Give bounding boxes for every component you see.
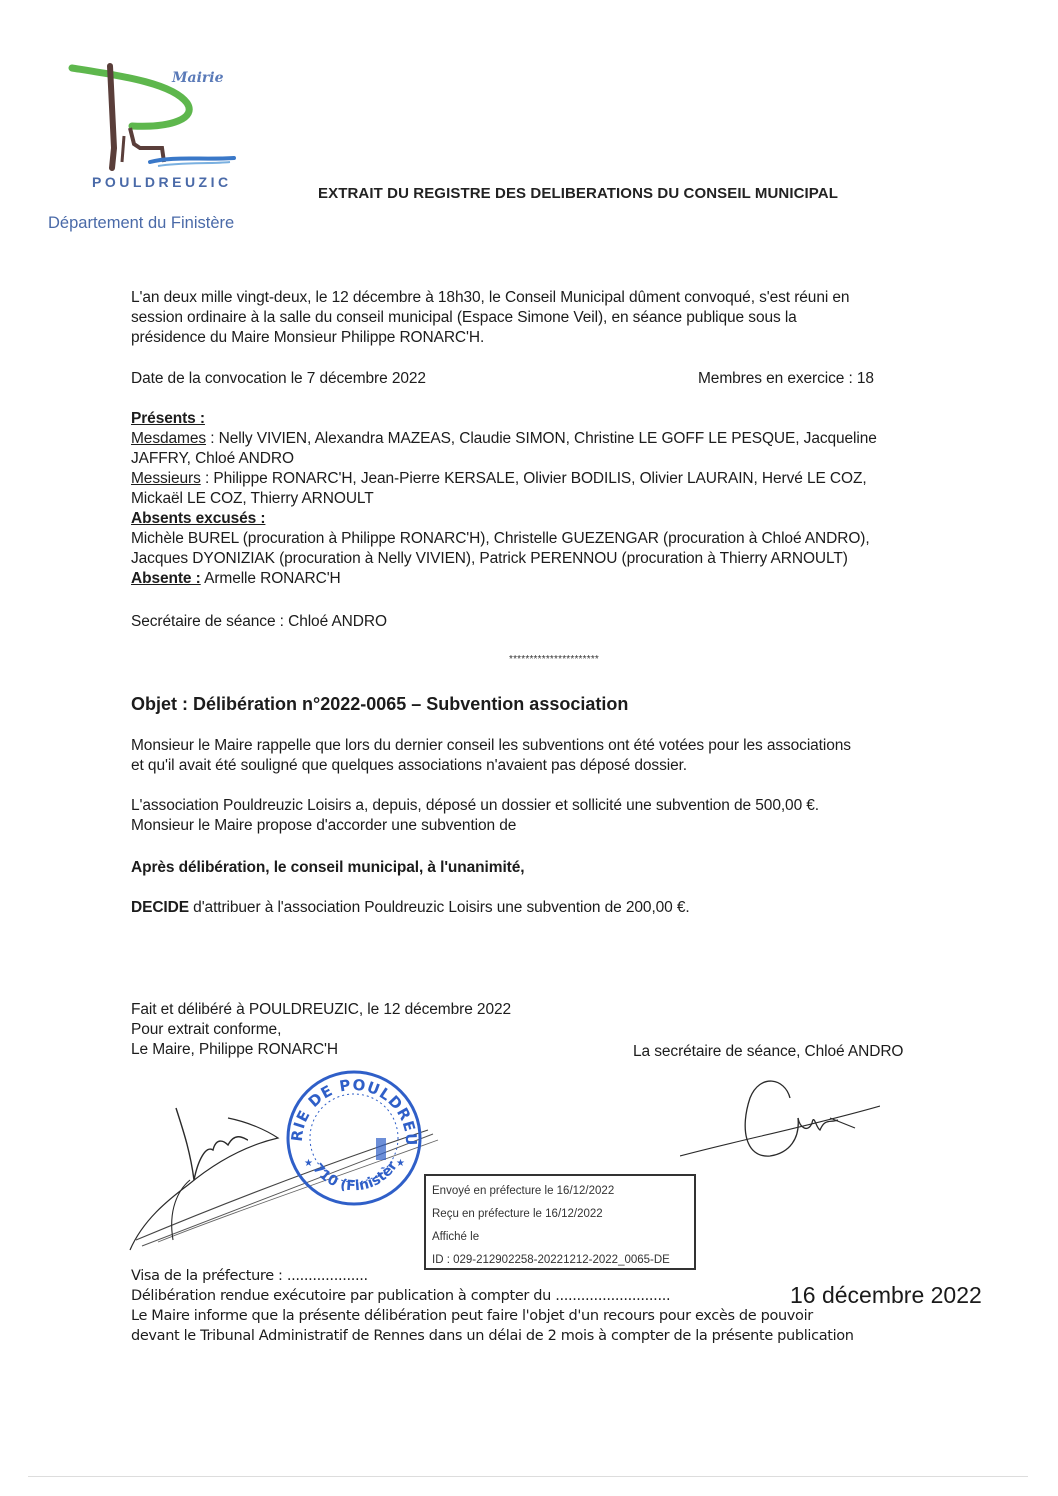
intro-line: session ordinaire à la salle du conseil … (131, 308, 1001, 328)
messieurs-label: Messieurs (131, 470, 201, 487)
logo-mairie-label: Mairie (172, 70, 224, 86)
secretaire-signature (680, 1068, 880, 1173)
visa-prefecture: Visa de la préfecture : ................… (131, 1266, 368, 1287)
absente-line: Absente : Armelle RONARC'H (131, 569, 1001, 589)
intro-paragraph: L'an deux mille vingt-deux, le 12 décemb… (131, 288, 1001, 348)
demande-paragraph: L'association Pouldreuzic Loisirs a, dep… (131, 796, 1001, 836)
decide-label: DECIDE (131, 899, 189, 916)
convocation-date: Date de la convocation le 7 décembre 202… (131, 369, 426, 389)
signature-icon (680, 1068, 880, 1168)
mesdames-names: : Nelly VIVIEN, Alexandra MAZEAS, Claudi… (206, 430, 877, 447)
document-title: EXTRAIT DU REGISTRE DES DELIBERATIONS DU… (318, 185, 838, 202)
acte-id: ID : 029-212902258-20221212-2022_0065-DE (432, 1254, 670, 1266)
absente-label: Absente : (131, 570, 201, 587)
recours-line: devant le Tribunal Administratif de Renn… (131, 1326, 854, 1347)
demande-line: L'association Pouldreuzic Loisirs a, dep… (131, 796, 1001, 816)
svg-text:MAIRIE DE POULDREUZIC: MAIRIE DE POULDREUZIC (284, 1068, 420, 1147)
deliberation-subject: Objet : Délibération n°2022-0065 – Subve… (131, 694, 628, 715)
svg-text:★: ★ (304, 1158, 313, 1169)
secretaire-text: Secrétaire de séance : Chloé ANDRO (131, 613, 387, 630)
envoye-line: Envoyé en préfecture le 16/12/2022 (432, 1185, 614, 1197)
decide-text: d'attribuer à l'association Pouldreuzic … (189, 899, 690, 916)
executoire-date: 16 décembre 2022 (790, 1282, 982, 1309)
secretaire-signature-label: La secrétaire de séance, Chloé ANDRO (633, 1042, 903, 1062)
messieurs-line: Messieurs : Philippe RONARC'H, Jean-Pier… (131, 469, 1001, 489)
membres-en-exercice: Membres en exercice : 18 (698, 369, 874, 389)
apres-deliberation: Après délibération, le conseil municipal… (131, 858, 524, 878)
absents-heading: Absents excusés : (131, 509, 1001, 529)
executoire-line: Délibération rendue exécutoire par publi… (131, 1286, 670, 1307)
rappel-line: et qu'il avait été souligné que quelques… (131, 756, 1001, 776)
secretaire-de-seance: Secrétaire de séance : Chloé ANDRO (131, 612, 387, 632)
fait-line: Fait et délibéré à POULDREUZIC, le 12 dé… (131, 1000, 1001, 1020)
intro-line: présidence du Maire Monsieur Philippe RO… (131, 328, 1001, 348)
mesdames-names-cont: JAFFRY, Chloé ANDRO (131, 449, 1001, 469)
logo-town-name: POULDREUZIC (92, 174, 232, 190)
affiche-line: Affiché le (432, 1231, 479, 1243)
prefecture-stamp: Envoyé en préfecture le 16/12/2022 Reçu … (424, 1174, 696, 1270)
recours-line: Le Maire informe que la présente délibér… (131, 1306, 813, 1327)
rappel-line: Monsieur le Maire rappelle que lors du d… (131, 736, 1001, 756)
mesdames-label: Mesdames (131, 430, 206, 447)
attendance-block: Présents : Mesdames : Nelly VIVIEN, Alex… (131, 409, 1001, 589)
separator-stars: ********************** (509, 654, 599, 665)
mairie-seal: MAIRIE DE POULDREUZIC 29710 (Finistère) … (284, 1068, 424, 1213)
messieurs-names: : Philippe RONARC'H, Jean-Pierre KERSALE… (201, 470, 867, 487)
absents-names: Michèle BUREL (procuration à Philippe RO… (131, 529, 1001, 549)
svg-text:★: ★ (396, 1158, 405, 1169)
presents-heading: Présents : (131, 409, 1001, 429)
mesdames-line: Mesdames : Nelly VIVIEN, Alexandra MAZEA… (131, 429, 1001, 449)
page-bottom-divider (28, 1476, 1028, 1477)
messieurs-names-cont: Mickaël LE COZ, Thierry ARNOULT (131, 489, 1001, 509)
intro-line: L'an deux mille vingt-deux, le 12 décemb… (131, 288, 1001, 308)
extrait-line: Pour extrait conforme, (131, 1020, 1001, 1040)
demande-line: Monsieur le Maire propose d'accorder une… (131, 816, 1001, 836)
absente-name: Armelle RONARC'H (201, 570, 341, 587)
recu-line: Reçu en préfecture le 16/12/2022 (432, 1208, 603, 1220)
rappel-paragraph: Monsieur le Maire rappelle que lors du d… (131, 736, 1001, 776)
logo-department: Département du Finistère (48, 214, 234, 233)
absents-names-cont: Jacques DYONIZIAK (procuration à Nelly V… (131, 549, 1001, 569)
decision-line: DECIDE d'attribuer à l'association Pould… (131, 898, 690, 918)
seal-stamp-icon: MAIRIE DE POULDREUZIC 29710 (Finistère) … (284, 1068, 424, 1208)
